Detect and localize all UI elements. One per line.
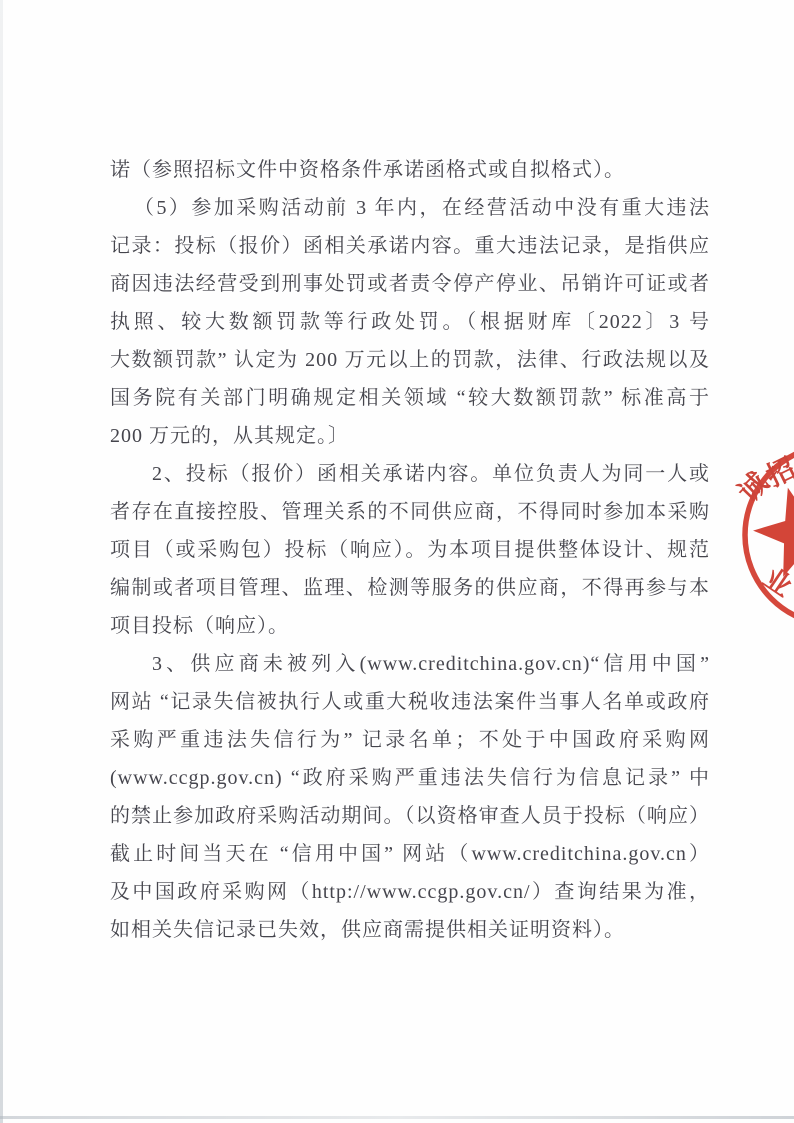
- text-line: 记录：投标（报价）函相关承诺内容。重大违法记录，是指供应: [110, 227, 710, 265]
- text-line: 者存在直接控股、管理关系的不同供应商，不得同时参加本采购: [110, 493, 710, 531]
- text-line: 项目投标（响应）。: [110, 607, 710, 645]
- text-line: 200 万元的，从其规定。〕: [110, 417, 710, 455]
- red-seal-stamp: 诚 招 业: [690, 415, 794, 655]
- text-block: 诺（参照招标文件中资格条件承诺函格式或自拟格式）。（5）参加采购活动前 3 年内…: [110, 151, 710, 949]
- text-line: 的禁止参加政府采购活动期间。（以资格审查人员于投标（响应）: [110, 797, 710, 835]
- text-line: 如相关失信记录已失效，供应商需提供相关证明资料）。: [110, 911, 710, 949]
- scan-edge-left: [0, 0, 3, 1123]
- document-page: 诺（参照招标文件中资格条件承诺函格式或自拟格式）。（5）参加采购活动前 3 年内…: [0, 0, 794, 1123]
- scan-edge-bottom: [0, 1116, 794, 1119]
- text-line: 项目（或采购包）投标（响应）。为本项目提供整体设计、规范: [110, 531, 710, 569]
- text-line: 诺（参照招标文件中资格条件承诺函格式或自拟格式）。: [110, 151, 710, 189]
- text-line: 商因违法经营受到刑事处罚或者责令停产停业、吊销许可证或者: [110, 265, 710, 303]
- text-line: 及中国政府采购网（http://www.ccgp.gov.cn/）查询结果为准，: [110, 873, 710, 911]
- text-line: 采购严重违法失信行为” 记录名单；不处于中国政府采购网: [110, 721, 710, 759]
- text-line: (www.ccgp.gov.cn) “政府采购严重违法失信行为信息记录” 中: [110, 759, 710, 797]
- text-line: 编制或者项目管理、监理、检测等服务的供应商，不得再参与本: [110, 569, 710, 607]
- text-line: 3、供应商未被列入(www.creditchina.gov.cn)“信用中国”: [110, 645, 710, 683]
- text-line: 2、投标（报价）函相关承诺内容。单位负责人为同一人或: [110, 455, 710, 493]
- text-line: 执照、较大数额罚款等行政处罚。（根据财库〔2022〕3 号文，“较: [110, 303, 710, 341]
- text-line: 国务院有关部门明确规定相关领域 “较大数额罚款” 标准高于: [110, 379, 710, 417]
- text-line: 截止时间当天在 “信用中国” 网站（www.creditchina.gov.cn…: [110, 835, 710, 873]
- text-line: （5）参加采购活动前 3 年内，在经营活动中没有重大违法: [110, 189, 710, 227]
- text-line: 大数额罚款” 认定为 200 万元以上的罚款，法律、行政法规以及: [110, 341, 710, 379]
- text-line: 网站 “记录失信被执行人或重大税收违法案件当事人名单或政府: [110, 683, 710, 721]
